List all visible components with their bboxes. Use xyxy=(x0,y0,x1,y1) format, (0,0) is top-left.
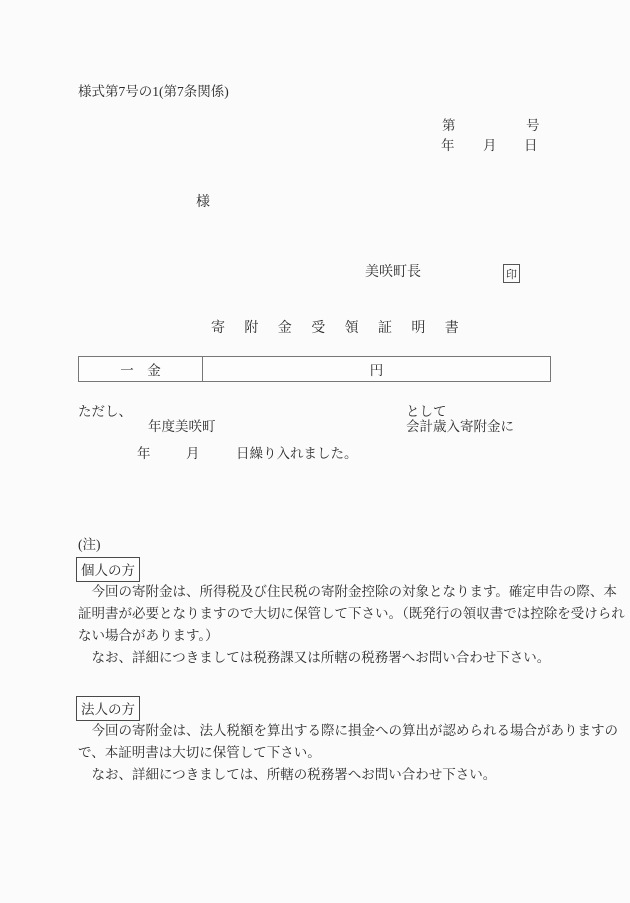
form-number: 様式第7号の1(第7条関係) xyxy=(78,84,229,100)
corporate-line-1: 今回の寄附金は、法人税額を算出する際に損金への算出が認められる場合がありますの xyxy=(78,720,558,742)
proviso-account-revenue: 会計歳入寄附金に xyxy=(406,419,514,435)
doc-number-prefix: 第 xyxy=(442,118,456,134)
addressee-honorific: 様 xyxy=(196,195,210,212)
seal-box: 印 xyxy=(503,264,520,283)
amount-value-cell: 円 xyxy=(203,357,550,381)
proviso-as-purpose: として xyxy=(406,404,447,420)
individual-line-1: 今回の寄附金は、所得税及び住民税の寄附金控除の対象となります。確定申告の際、本 xyxy=(78,581,558,603)
issuer-title: 美咲町長 xyxy=(365,265,421,282)
individual-line-2: 証明書が必要となりますので大切に保管して下さい。（既発行の領収書では控除を受けら… xyxy=(78,603,558,625)
proviso-month: 月 xyxy=(186,446,200,462)
issue-date-month: 月 xyxy=(483,138,497,154)
individual-section-heading: 個人の方 xyxy=(76,557,140,582)
certificate-page: 様式第7号の1(第7条関係) 第 号 年 月 日 様 美咲町長 印 寄 附 金 … xyxy=(0,0,630,903)
proviso-fiscal-year-town: 年度美咲町 xyxy=(148,419,216,435)
amount-label-cell: 一 金 xyxy=(79,357,203,381)
proviso-tadashi: ただし、 xyxy=(78,404,132,420)
proviso-day-transferred: 日繰り入れました。 xyxy=(236,446,358,462)
certificate-title: 寄 附 金 受 領 証 明 書 xyxy=(211,321,462,338)
corporate-section-body: 今回の寄附金は、法人税額を算出する際に損金への算出が認められる場合がありますの … xyxy=(78,720,558,786)
individual-line-3: ない場合があります。） xyxy=(78,625,558,647)
proviso-year: 年 xyxy=(137,446,151,462)
issue-date-day: 日 xyxy=(524,138,538,154)
doc-number-suffix: 号 xyxy=(526,118,540,134)
corporate-line-2: で、本証明書は大切に保管して下さい。 xyxy=(78,742,558,764)
amount-table: 一 金 円 xyxy=(78,356,551,382)
individual-section-body: 今回の寄附金は、所得税及び住民税の寄附金控除の対象となります。確定申告の際、本 … xyxy=(78,581,558,669)
note-label: (注) xyxy=(78,537,101,553)
seal-mark: 印 xyxy=(506,266,517,282)
individual-line-4: なお、詳細につきましては税務課又は所轄の税務署へお問い合わせ下さい。 xyxy=(78,647,558,669)
corporate-section-heading: 法人の方 xyxy=(76,696,140,721)
issue-date-year: 年 xyxy=(441,138,455,154)
corporate-line-3: なお、詳細につきましては、所轄の税務署へお問い合わせ下さい。 xyxy=(78,764,558,786)
